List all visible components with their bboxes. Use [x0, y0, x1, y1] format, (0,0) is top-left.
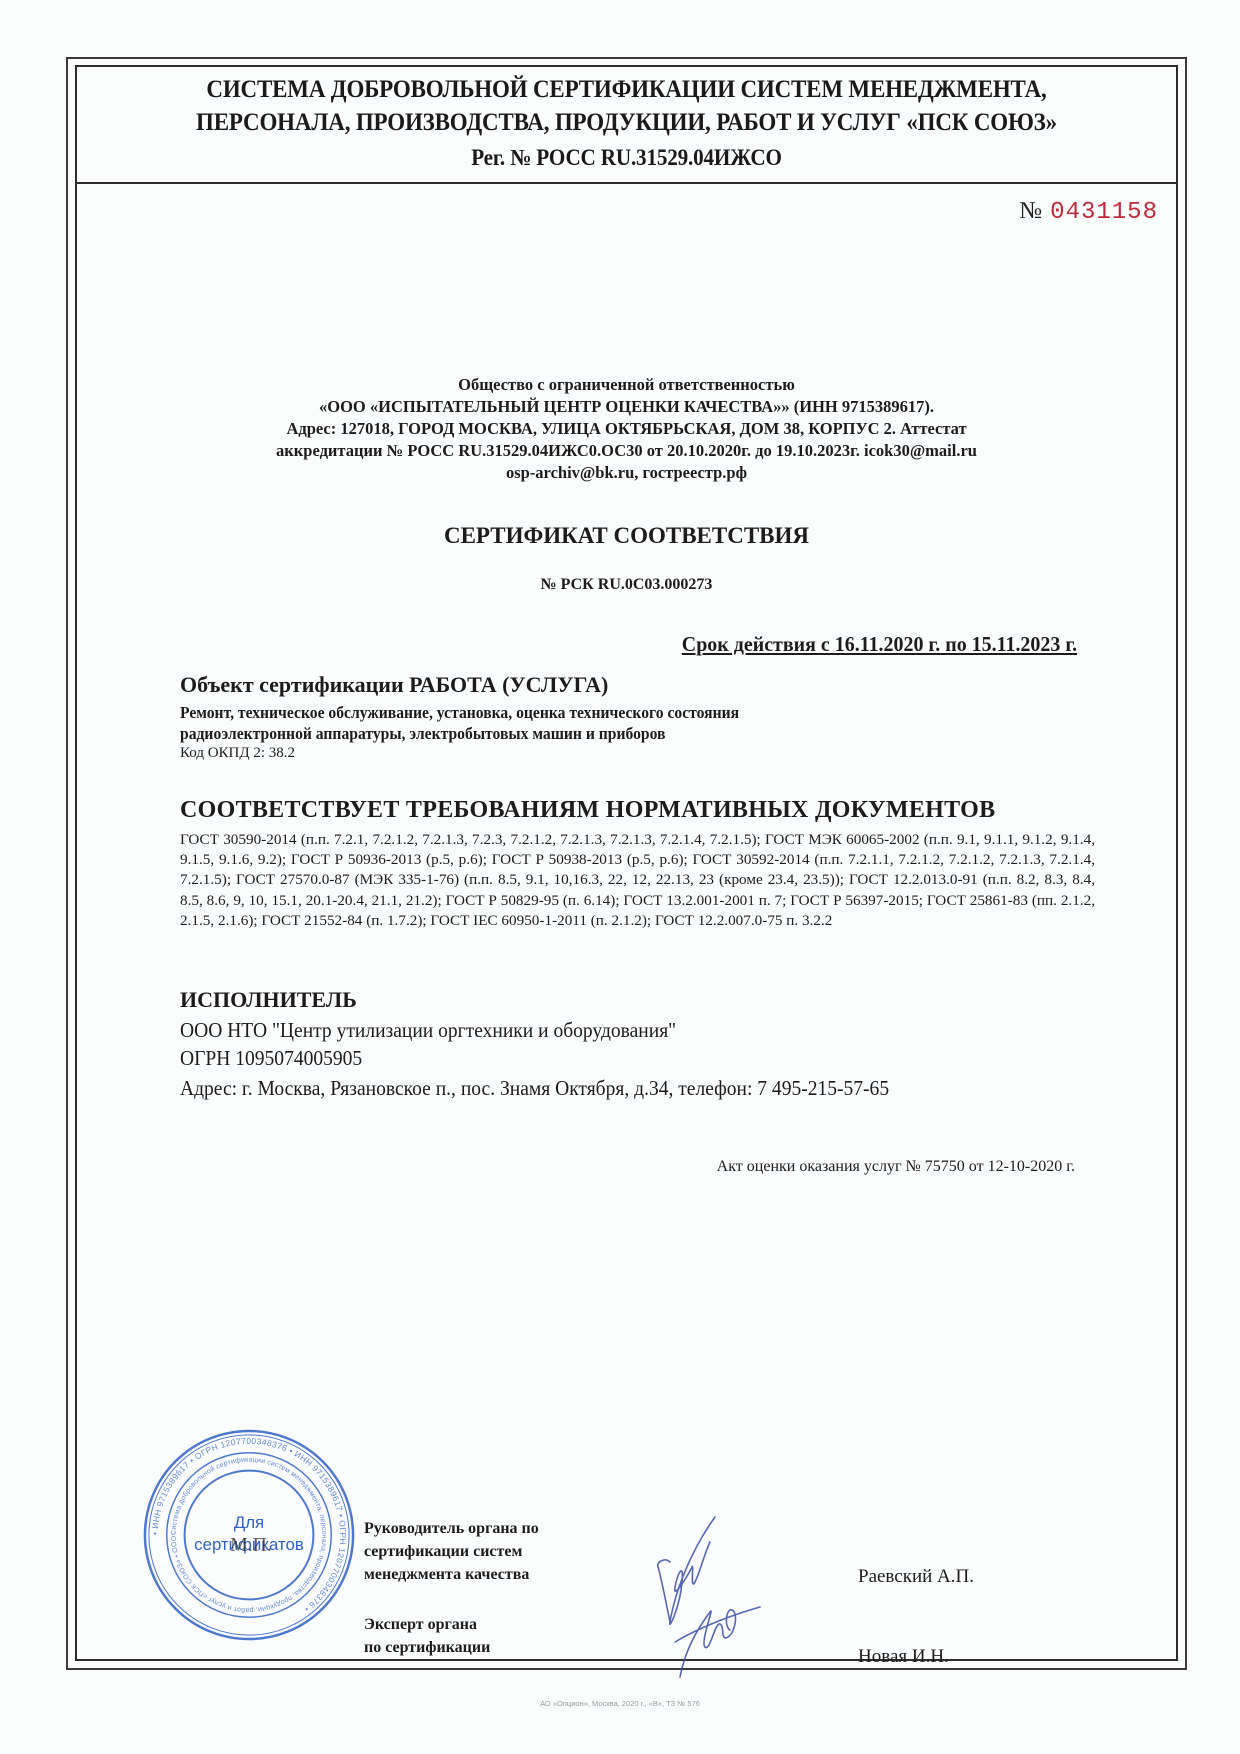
issuer-line: Общество с ограниченной ответственностью — [75, 374, 1178, 396]
issuer-line: Адрес: 127018, ГОРОД МОСКВА, УЛИЦА ОКТЯБ… — [75, 418, 1178, 440]
system-title-line-2: ПЕРСОНАЛА, ПРОИЗВОДСТВА, ПРОДУКЦИИ, РАБО… — [119, 109, 1134, 137]
object-description-line: Ремонт, техническое обслуживание, устано… — [180, 702, 1026, 723]
issuer-line: аккредитации № РОСС RU.31529.04ИЖС0.ОС30… — [75, 440, 1178, 462]
performer-name: ООО НТО "Центр утилизации оргтехники и о… — [180, 1018, 1036, 1043]
seal-stamp: • ИНН 9715389617 • ОГРН 1207700348376 • … — [140, 1426, 358, 1644]
label-line: Руководитель органа по — [364, 1517, 539, 1540]
validity-period: Срок действия с 16.11.2020 г. по 15.11.2… — [682, 632, 1077, 657]
serial-number: 0431158 — [1050, 199, 1158, 226]
signature-icon — [620, 1512, 770, 1682]
head-signatory-name: Раевский А.П. — [858, 1566, 974, 1588]
certificate-title: СЕРТИФИКАТ СООТВЕТСТВИЯ — [75, 523, 1178, 549]
assessment-act: Акт оценки оказания услуг № 75750 от 12-… — [717, 1158, 1075, 1176]
form-serial-number: №0431158 — [1019, 198, 1158, 226]
registration-number: Рег. № РОСС RU.31529.04ИЖСО — [119, 145, 1134, 171]
printer-imprint: АО «Опцион», Москва, 2020 г., «В», ТЗ № … — [0, 1699, 1240, 1708]
handwritten-signatures — [620, 1512, 770, 1682]
object-description: Ремонт, техническое обслуживание, устано… — [180, 702, 1026, 744]
performer-title: ИСПОЛНИТЕЛЬ — [180, 987, 1100, 1013]
system-title-line-1: СИСТЕМА ДОБРОВОЛЬНОЙ СЕРТИФИКАЦИИ СИСТЕМ… — [119, 76, 1134, 104]
okpd-code: Код ОКПД 2: 38.2 — [180, 745, 1100, 762]
certificate-number: № РСК RU.0С03.000273 — [75, 576, 1178, 594]
performer-ogrn: ОГРН 1095074005905 — [180, 1046, 1036, 1071]
header-divider — [75, 182, 1178, 184]
label-line: сертификации систем — [364, 1540, 539, 1563]
standards-list: ГОСТ 30590-2014 (п.п. 7.2.1, 7.2.1.2, 7.… — [180, 830, 1095, 931]
head-signatory-label: Руководитель органа по сертификации сист… — [364, 1517, 539, 1586]
conformity-title: СООТВЕТСТВУЕТ ТРЕБОВАНИЯМ НОРМАТИВНЫХ ДО… — [180, 797, 1100, 824]
serial-prefix: № — [1019, 198, 1042, 224]
performer-address: Адрес: г. Москва, Рязановское п., пос. З… — [180, 1074, 1054, 1102]
expert-signatory-label: Эксперт органа по сертификации — [364, 1613, 490, 1659]
label-line: Эксперт органа — [364, 1613, 490, 1636]
issuer-line: «ООО «ИСПЫТАТЕЛЬНЫЙ ЦЕНТР ОЦЕНКИ КАЧЕСТВ… — [75, 396, 1178, 418]
object-title: Объект сертификации РАБОТА (УСЛУГА) — [180, 672, 1100, 698]
issuer-line: osp-archiv@bk.ru, гостреестр.рф — [75, 462, 1178, 484]
stamp-center-top: Для — [234, 1513, 264, 1532]
object-description-line: радиоэлектронной аппаратуры, электробыто… — [180, 723, 1026, 744]
expert-signatory-name: Новая И.Н. — [858, 1646, 949, 1668]
issuer-block: Общество с ограниченной ответственностью… — [75, 374, 1178, 484]
seal-icon: • ИНН 9715389617 • ОГРН 1207700348376 • … — [140, 1426, 358, 1644]
stamp-place-mark: М.П. — [230, 1534, 272, 1556]
label-line: по сертификации — [364, 1636, 490, 1659]
label-line: менеджмента качества — [364, 1563, 539, 1586]
